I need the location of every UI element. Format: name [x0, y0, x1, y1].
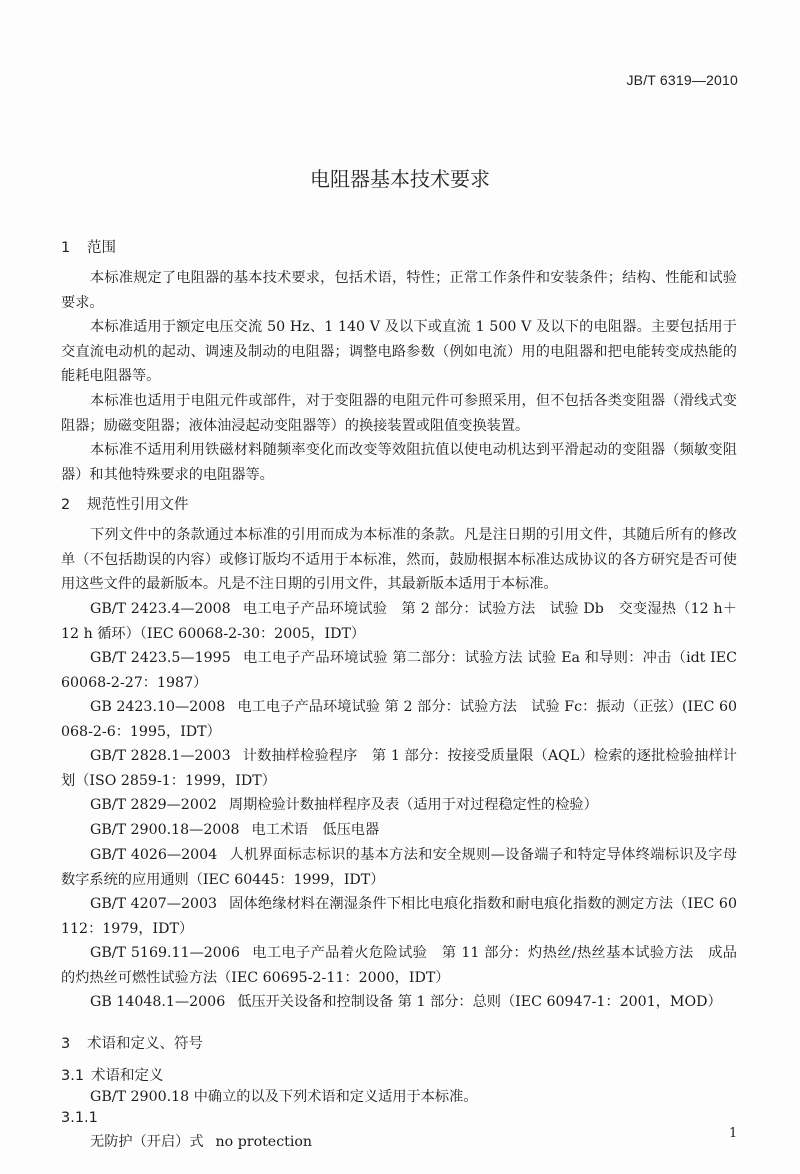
paragraph: 本标准不适用利用铁磁材料随频率变化而改变等效阻抗值以使电动机达到平滑起动的变阻器… [61, 438, 737, 487]
reference-item: GB 14048.1—2006低压开关设备和控制设备 第 1 部分：总则（IEC… [61, 990, 737, 1015]
paragraph: 本标准也适用于电阻元件或部件，对于变阻器的电阻元件可参照采用，但不包括各类变阻器… [61, 389, 737, 438]
section-title: 范围 [87, 240, 116, 256]
reference-code: GB/T 2828.1—2003 [90, 748, 231, 764]
reference-text: 电工术语 低压电器 [251, 822, 379, 838]
reference-code: GB 2423.10—2008 [90, 699, 225, 715]
reference-item: GB/T 5169.11—2006电工电子产品着火危险试验 第 11 部分：灼热… [61, 941, 737, 990]
reference-item: GB/T 2900.18—2008电工术语 低压电器 [61, 818, 737, 843]
reference-code: GB 14048.1—2006 [90, 994, 225, 1010]
reference-code: GB/T 2829—2002 [90, 797, 217, 813]
definition-intro: GB/T 2900.18 中确立的以及下列术语和定义适用于本标准。 [90, 1086, 477, 1106]
standard-code: JB/T 6319—2010 [626, 72, 738, 88]
reference-code: GB/T 5169.11—2006 [90, 945, 240, 961]
document-title: 电阻器基本技术要求 [0, 163, 800, 192]
section-title: 规范性引用文件 [87, 497, 189, 513]
section-1-heading: 1范围 [61, 236, 116, 257]
paragraph: 本标准适用于额定电压交流 50 Hz、1 140 V 及以下或直流 1 500 … [61, 315, 737, 389]
reference-item: GB 2423.10—2008电工电子产品环境试验 第 2 部分：试验方法 试验… [61, 695, 737, 744]
document-page: JB/T 6319—2010 电阻器基本技术要求 1范围 本标准规定了电阻器的基… [0, 0, 800, 1174]
subsection-number: 3.1 [61, 1068, 91, 1084]
reference-item: GB/T 2828.1—2003计数抽样检验程序 第 1 部分：按接受质量限（A… [61, 744, 737, 793]
paragraph: 本标准规定了电阻器的基本技术要求，包括术语，特性；正常工作条件和安装条件；结构、… [61, 266, 737, 315]
reference-text: 周期检验计数抽样程序及表（适用于对过程稳定性的检验） [229, 797, 598, 813]
reference-item: GB/T 2829—2002周期检验计数抽样程序及表（适用于对过程稳定性的检验） [61, 793, 737, 818]
section-3-heading: 3术语和定义、符号 [61, 1032, 203, 1053]
reference-item: GB/T 2423.4—2008电工电子产品环境试验 第 2 部分：试验方法 试… [61, 597, 737, 646]
reference-code: GB/T 4026—2004 [90, 847, 217, 863]
page-number: 1 [729, 1126, 737, 1141]
reference-item: GB/T 4026—2004人机界面标志标识的基本方法和安全规则—设备端子和特定… [61, 843, 737, 892]
term-chinese: 无防护（开启）式 [90, 1134, 204, 1150]
reference-code: GB/T 2423.5—1995 [90, 650, 231, 666]
section-title: 术语和定义、符号 [87, 1036, 203, 1052]
reference-item: GB/T 2423.5—1995电工电子产品环境试验 第二部分：试验方法 试验 … [61, 646, 737, 695]
reference-code: GB/T 4207—2003 [90, 896, 217, 912]
section-number: 1 [61, 240, 87, 256]
term-english: no protection [216, 1134, 313, 1150]
section-number: 2 [61, 497, 87, 513]
term-entry: 无防护（开启）式no protection [90, 1131, 312, 1151]
section-2-heading: 2规范性引用文件 [61, 493, 189, 514]
paragraph: 下列文件中的条款通过本标准的引用而成为本标准的条款。凡是注日期的引用文件，其随后… [61, 523, 737, 597]
reference-code: GB/T 2900.18—2008 [90, 822, 239, 838]
section-number: 3 [61, 1036, 87, 1052]
subsection-3-1-1-number: 3.1.1 [61, 1110, 98, 1126]
subsection-title: 术语和定义 [91, 1068, 164, 1084]
reference-text: 低压开关设备和控制设备 第 1 部分：总则（IEC 60947-1：2001，M… [237, 994, 721, 1010]
subsection-3-1-heading: 3.1术语和定义 [61, 1064, 164, 1085]
reference-code: GB/T 2423.4—2008 [90, 601, 231, 617]
reference-item: GB/T 4207—2003固体绝缘材料在潮湿条件下相比电痕化指数和耐电痕化指数… [61, 892, 737, 941]
